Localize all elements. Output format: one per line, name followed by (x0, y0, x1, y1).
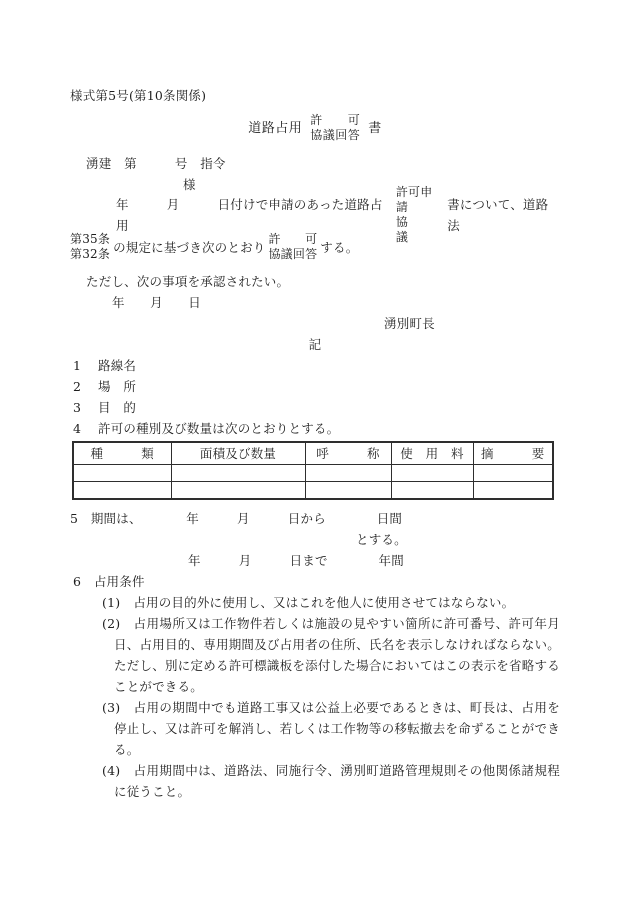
title-option-consult: 協議回答 (310, 128, 360, 143)
conditions-list: (1)占用の目的外に使用し、又はこれを他人に使用させてはならない。 (2)占用場… (86, 592, 560, 802)
body-paragraph-line1: 年 月 日付けで申請のあった道路占用 許可申請 協 議 書について、道路法 (116, 199, 560, 231)
title-prefix: 道路占用 (248, 118, 302, 139)
item-purpose: 3目 的 (73, 397, 560, 418)
item-kind-quantity: 4許可の種別及び数量は次のとおりとする。 (73, 418, 560, 439)
col-header-remarks: 摘 要 (473, 442, 553, 465)
table-cell (391, 465, 473, 482)
conditions-heading: 6 占用条件 (73, 571, 560, 592)
numbered-items: 1路線名 2場 所 3目 的 4許可の種別及び数量は次のとおりとする。 (70, 355, 560, 439)
condition-1: (1)占用の目的外に使用し、又はこれを他人に使用させてはならない。 (114, 592, 560, 613)
table-cell (171, 465, 305, 482)
article-number-stack: 第35条 第32条 (70, 232, 110, 262)
col-header-fee: 使 用 料 (391, 442, 473, 465)
ki-heading: 記 (70, 334, 560, 355)
col-header-area-quantity: 面積及び数量 (171, 442, 305, 465)
mayor-signature: 湧別町長 (384, 313, 560, 334)
table-cell (73, 465, 171, 482)
table-cell (305, 465, 391, 482)
table-cell (171, 482, 305, 499)
application-date-text: 年 月 日付けで申請のあった道路占用 (116, 194, 393, 236)
condition-3: (3)占用の期間中でも道路工事又は公益上必要であるときは、町長は、占用を停止し、… (114, 697, 560, 760)
issue-date-line: 年 月 日 (112, 292, 560, 313)
period-until-line: 年 月 日まで 年間 (188, 550, 560, 571)
condition-4: (4)占用期間中は、道路法、同施行令、湧別町道路管理規則その他関係諸規程に従うこ… (114, 760, 560, 802)
title-suffix: 書 (368, 118, 382, 139)
reference-number-line: 湧建 第 号 指令 (86, 153, 560, 174)
table-header-row: 種 類 面積及び数量 呼 称 使 用 料 摘 要 (73, 442, 553, 465)
document-title: 道路占用 許 可 協議回答 書 (70, 111, 560, 145)
table-row (73, 465, 553, 482)
period-tosuru-text: とする。 (356, 529, 560, 550)
table-cell (305, 482, 391, 499)
form-number-note: 様式第5号(第10条関係) (70, 85, 560, 106)
table-cell (473, 482, 553, 499)
table-cell (473, 465, 553, 482)
proviso-text: ただし、次の事項を承認されたい。 (86, 271, 560, 292)
permit-kind-table: 種 類 面積及び数量 呼 称 使 用 料 摘 要 (72, 441, 554, 500)
period-from-line: 5 期間は、 年 月 日から 日間 (70, 508, 560, 529)
col-header-kind: 種 類 (73, 442, 171, 465)
suru-text: する。 (320, 237, 358, 258)
application-type-stack: 許可申請 協 議 (396, 185, 444, 245)
title-option-permit: 許 可 (310, 113, 360, 128)
item-location: 2場 所 (73, 376, 560, 397)
table-cell (391, 482, 473, 499)
law-reference-text: 書について、道路法 (447, 194, 560, 236)
item-route-name: 1路線名 (73, 355, 560, 376)
table-cell (73, 482, 171, 499)
document-page: 様式第5号(第10条関係) 道路占用 許 可 協議回答 書 湧建 第 号 指令 … (0, 0, 630, 915)
decision-type-stack: 許 可 協議回答 (268, 232, 317, 262)
title-option-stack: 許 可 協議回答 (310, 113, 360, 143)
addressee-sama: 様 (183, 174, 560, 195)
col-header-name: 呼 称 (305, 442, 391, 465)
condition-2: (2)占用場所又は工作物件若しくは施設の見やすい箇所に許可番号、許可年月日、占用… (114, 613, 560, 697)
provision-text: の規定に基づき次のとおり (113, 237, 265, 258)
table-row (73, 482, 553, 499)
